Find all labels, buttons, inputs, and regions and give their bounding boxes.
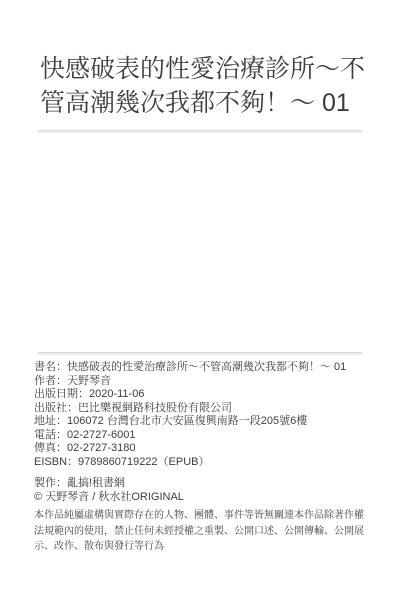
meta-value: 02-2727-3180 [67,442,136,454]
meta-value: 9789860719222（EPUB） [78,456,209,468]
meta-row-book-title: 書名：快感破表的性愛治療診所～不管高潮幾次我都不夠！～ 01 [34,361,366,375]
meta-value: 快感破表的性愛治療診所～不管高潮幾次我都不夠！～ 01 [67,361,346,373]
meta-label: 書名 [34,361,56,373]
colophon: 書名：快感破表的性愛治療診所～不管高潮幾次我都不夠！～ 01 作者：天野琴音 出… [34,361,366,469]
meta-row-pub-date: 出版日期：2020-11-06 [34,388,366,402]
production-credit: 製作：亂搞!租書網 [34,477,366,491]
meta-row-author: 作者：天野琴音 [34,375,366,389]
meta-row-phone: 電話：02-2727-6001 [34,429,366,443]
blank-space [34,133,366,352]
page-title: 快感破表的性愛治療診所～不管高潮幾次我都不夠！～ 01 [40,52,370,120]
maker-block: 製作：亂搞!租書網 © 天野琴音 / 秋水社ORIGINAL [34,477,366,504]
meta-separator: ： [56,429,67,441]
meta-row-fax: 傳真：02-2727-3180 [34,442,366,456]
meta-value: 2020-11-06 [89,388,144,400]
meta-separator: ： [67,456,78,468]
meta-row-address: 地址：106072 台灣台北市大安區復興南路一段205號6樓 [34,415,366,429]
meta-separator: ： [56,361,67,373]
meta-row-publisher: 出版社：巴比樂視網路科技股份有限公司 [34,402,366,416]
meta-label: 地址 [34,415,56,427]
meta-value: 天野琴音 [67,375,111,387]
meta-value: 106072 台灣台北市大安區復興南路一段205號6樓 [67,415,307,427]
production-label: 製作 [34,477,56,489]
meta-separator: ： [67,402,78,414]
meta-label: 傳真 [34,442,56,454]
meta-row-eisbn: EISBN：9789860719222（EPUB） [34,456,366,470]
meta-separator: ： [56,415,67,427]
meta-label: EISBN [34,456,67,468]
meta-label: 出版日期 [34,388,78,400]
meta-label: 作者 [34,375,56,387]
ebook-colophon-page: 快感破表的性愛治療診所～不管高潮幾次我都不夠！～ 01 書名：快感破表的性愛治療… [0,0,400,600]
meta-separator: ： [56,375,67,387]
production-value: 亂搞!租書網 [67,477,125,489]
meta-value: 02-2727-6001 [67,429,136,441]
meta-separator: ： [56,477,67,489]
legal-disclaimer: 本作品純屬虛構與實際存在的人物、團體、事件等皆無關連本作品除著作權法規範內的使用… [34,508,366,555]
meta-value: 巴比樂視網路科技股份有限公司 [78,402,232,414]
meta-separator: ： [56,442,67,454]
meta-separator: ： [78,388,89,400]
meta-label: 電話 [34,429,56,441]
colophon-divider [38,352,362,355]
copyright-notice: © 天野琴音 / 秋水社ORIGINAL [34,491,366,505]
meta-label: 出版社 [34,402,67,414]
